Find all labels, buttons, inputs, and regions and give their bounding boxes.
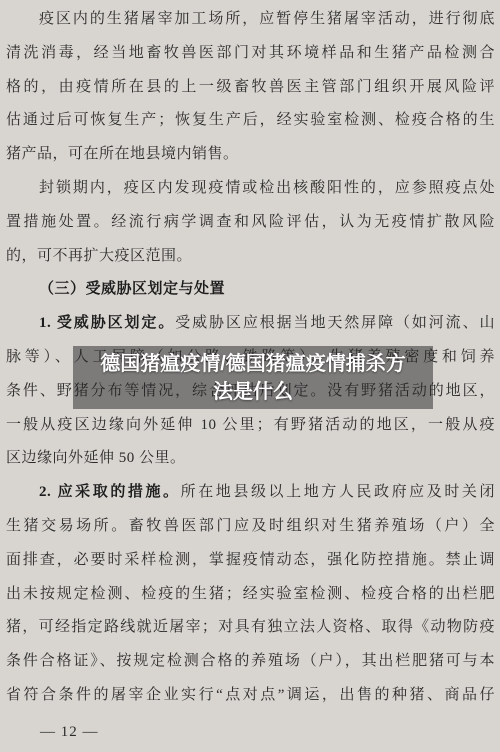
text-segment-bold: 1. 受威胁区划定。	[39, 315, 175, 331]
text-line: 清洗消毒，经当地畜牧兽医部门对其环境样品和生猪产品检测合	[6, 37, 495, 71]
text-line: 疫区内的生猪屠宰加工场所，应暂停生猪屠宰活动，进行彻底	[6, 3, 495, 37]
text-segment: 面排查，必要时采样检测，掌握疫情动态，强化防控措施。禁止调	[6, 552, 495, 568]
text-line: 生猪交易场所。畜牧兽医部门应及时组织对生猪养殖场（户）全	[6, 510, 495, 544]
text-segment: 区边缘向外延伸 50 公里。	[6, 450, 186, 466]
caption-line: 德国猪瘟疫情/德国猪瘟疫情捕杀方	[100, 350, 406, 378]
text-line: 猪，可经指定路线就近屠宰；对具有独立法人资格、取得《动物防疫	[6, 611, 495, 645]
text-line: 置措施处置。经流行病学调查和风险评估，认为无疫情扩散风险	[6, 206, 495, 240]
text-segment: 省符合条件的屠宰企业实行“点对点”调运，出售的种猪、商品仔	[6, 687, 495, 703]
text-segment: 猪，可经指定路线就近屠宰；对具有独立法人资格、取得《动物防疫	[6, 619, 495, 635]
text-segment: 生猪交易场所。畜牧兽医部门应及时组织对生猪养殖场（户）全	[6, 518, 495, 534]
text-line: 1. 受威胁区划定。受威胁区应根据当地天然屏障（如河流、山	[6, 307, 495, 341]
caption-line: 法是什么	[213, 378, 293, 406]
text-segment: 出未按规定检测、检疫的生猪；经实验室检测、检疫合格的出栏肥	[6, 586, 495, 602]
text-line: 省符合条件的屠宰企业实行“点对点”调运，出售的种猪、商品仔	[6, 679, 495, 713]
text-segment-bold: （三）受威胁区划定与处置	[39, 281, 225, 297]
text-segment: 封锁期内，疫区内发现疫情或检出核酸阳性的，应参照疫点处	[39, 180, 495, 196]
text-line: 面排查，必要时采样检测，掌握疫情动态，强化防控措施。禁止调	[6, 544, 495, 578]
text-segment: 一般从疫区边缘向外延伸 10 公里；有野猪活动的地区，一般从疫	[6, 417, 495, 433]
text-segment-bold: 2. 应采取的措施。	[39, 484, 181, 500]
text-line: （三）受威胁区划定与处置	[6, 273, 495, 307]
text-segment: 疫区内的生猪屠宰加工场所，应暂停生猪屠宰活动，进行彻底	[39, 11, 495, 27]
text-line: 条件合格证》、按规定检测合格的养殖场（户），其出栏肥猪可与本	[6, 645, 495, 679]
text-segment: 所在地县级以上地方人民政府应及时关闭	[181, 484, 495, 500]
text-segment: 估通过后可恢复生产；恢复生产后，经实验室检测、检疫合格的生	[6, 112, 495, 128]
text-segment: 条件合格证》、按规定检测合格的养殖场（户），其出栏肥猪可与本	[6, 653, 495, 669]
text-segment: 清洗消毒，经当地畜牧兽医部门对其环境样品和生猪产品检测合	[6, 45, 495, 61]
caption-overlay: 德国猪瘟疫情/德国猪瘟疫情捕杀方法是什么	[73, 346, 433, 409]
text-segment: 置措施处置。经流行病学调查和风险评估，认为无疫情扩散风险	[6, 214, 495, 230]
text-line: 2. 应采取的措施。所在地县级以上地方人民政府应及时关闭	[6, 476, 495, 510]
text-segment: 猪产品，可在所在地县境内销售。	[6, 146, 239, 162]
text-line: 格的，由疫情所在县的上一级畜牧兽医主管部门组织开展风险评	[6, 71, 495, 105]
text-line: 区边缘向外延伸 50 公里。	[6, 442, 495, 476]
text-segment: 受威胁区应根据当地天然屏障（如河流、山	[175, 315, 495, 331]
text-segment: 的，可不再扩大疫区范围。	[6, 248, 192, 264]
text-line: 出未按规定检测、检疫的生猪；经实验室检测、检疫合格的出栏肥	[6, 578, 495, 612]
text-segment: 格的，由疫情所在县的上一级畜牧兽医主管部门组织开展风险评	[6, 79, 495, 95]
text-line: 封锁期内，疫区内发现疫情或检出核酸阳性的，应参照疫点处	[6, 172, 495, 206]
text-line: 猪产品，可在所在地县境内销售。	[6, 138, 495, 172]
text-line: 的，可不再扩大疫区范围。	[6, 240, 495, 274]
text-line: 估通过后可恢复生产；恢复生产后，经实验室检测、检疫合格的生	[6, 104, 495, 138]
text-line: 一般从疫区边缘向外延伸 10 公里；有野猪活动的地区，一般从疫	[6, 409, 495, 443]
page-number: — 12 —	[40, 724, 99, 741]
